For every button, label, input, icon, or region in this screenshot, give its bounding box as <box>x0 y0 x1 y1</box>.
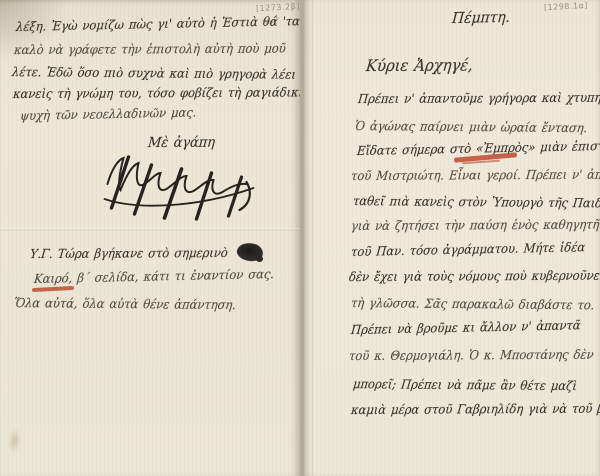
salutation-line: Κύριε Ἀρχηγέ, <box>365 56 474 75</box>
handwriting-line: καλὸ νὰ γράφετε τὴν ἐπιστολὴ αὐτὴ ποὺ μο… <box>13 41 286 57</box>
paper-fold-crease <box>0 228 300 231</box>
handwriting-line: τὴ γλῶσσα. Σᾶς παρακαλῶ διαβάστε το. <box>350 296 595 313</box>
postscript-line: Καιρό, β΄ σελίδα, κάτι τι ἐναντίον σας. <box>33 267 274 286</box>
handwriting-line: μπορεῖ; Πρέπει νὰ πᾶμε ἂν θέτε μαζὶ <box>352 377 577 393</box>
handwriting-line: Πρέπει νὰ βροῦμε κι ἄλλον ν' ἀπαντᾶ <box>350 318 581 337</box>
left-page: [1273.2β] ι, ΤΑνε λέξη. Ἐγὼ νομίζω πὼς γ… <box>0 0 300 476</box>
handwriting-line: λέτε. Ἐδῶ ὅσο πιὸ συχνὰ καὶ πιὸ γρηγορὰ … <box>11 65 296 82</box>
handwriting-line: λέξη. Ἐγὼ νομίζω πὼς γι' αὐτὸ ἡ Ἑστιὰ θά… <box>15 14 300 34</box>
handwriting-line: τοῦ κ. Θερμογιάλη. Ὁ κ. Μποστάνης δὲν <box>348 348 594 364</box>
handwriting-line: καμιὰ μέρα στοῦ Γαβριηλίδη γιὰ νὰ τοῦ βά… <box>350 401 600 417</box>
catalog-mark: [1298.1α] <box>544 1 588 12</box>
date-line: Πέμπτη. <box>451 9 510 27</box>
signature-flourish <box>100 146 263 222</box>
handwriting-line: δὲν ἔχει γιὰ τοὺς νόμους ποὺ κυβερνοῦνε <box>348 269 600 285</box>
catalog-mark: [1273.2β] <box>256 2 300 13</box>
handwriting-line: ψυχὴ τῶν νεοελλαδινῶν μας. <box>19 105 197 123</box>
handwriting-line: τοῦ Μιστριώτη. Εἶναι γεροί. Πρέπει ν' ἀπ… <box>350 168 600 184</box>
postscript-line: Ὅλα αὐτά, ὅλα αὐτὰ θένε ἀπάντηση. <box>13 296 236 312</box>
paper-smudge <box>6 427 22 455</box>
paper-fold-crease <box>312 0 315 476</box>
handwriting-line: τοῦ Παν. τόσο ἀγράμματου. Μήτε ἰδέα <box>350 240 585 259</box>
red-crayon-underline <box>32 286 74 292</box>
handwriting-line: γιὰ νὰ ζητήσει τὴν παύση ἑνὸς καθηγητῆ <box>350 218 600 234</box>
right-page: [1298.1α] Πέμπτη. Κύριε Ἀρχηγέ, Πρέπει ν… <box>304 0 600 476</box>
postscript-line: Υ.Γ. Τώρα βγήκανε στὸ σημερινὸ <box>29 246 228 261</box>
handwriting-line: ταθεῖ πιὰ κανεὶς στὸν Ὑπουργὸ τῆς Παιδεί… <box>352 194 600 211</box>
scanned-letter: { "left_page": { "catalog_mark": "[1273.… <box>0 0 600 476</box>
handwriting-line: κανεὶς τὴ γνώμη του, τόσο φοβίζει τὴ ραγ… <box>12 85 300 101</box>
handwriting-line: Πρέπει ν' ἀπαντοῦμε γρήγορα καὶ χτυπητά. <box>357 91 600 107</box>
handwriting-line: Ὁ ἀγώνας παίρνει μιὰν ὡραία ἔνταση. <box>354 119 588 136</box>
ink-blot-stain <box>256 256 263 262</box>
